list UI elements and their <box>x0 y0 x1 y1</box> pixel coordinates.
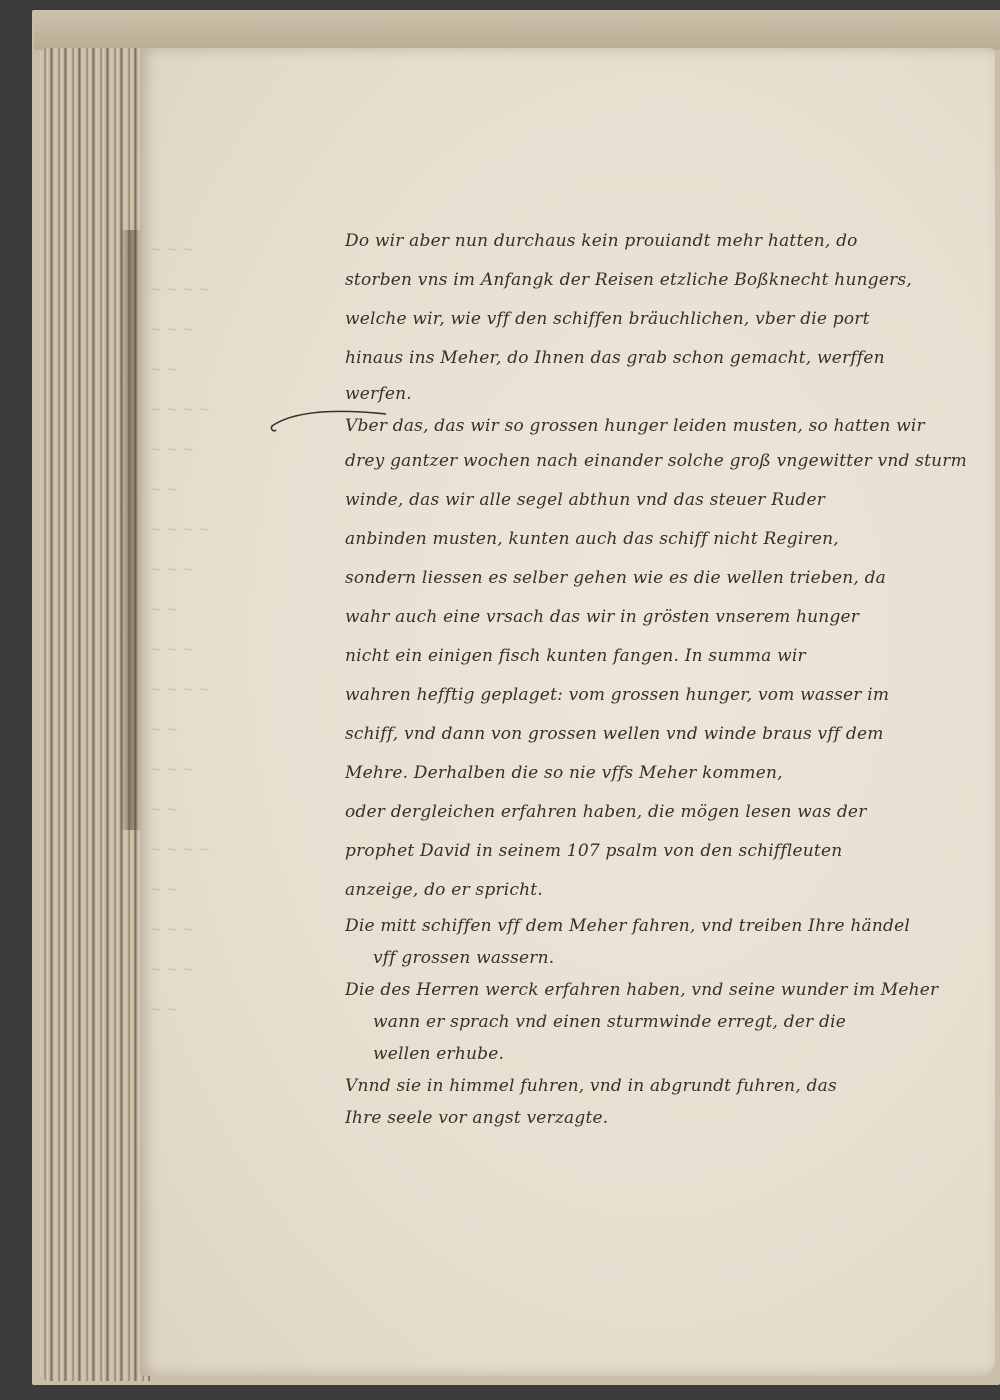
bleed-line: ~ ~ ~ <box>150 550 330 590</box>
bleed-line: ~ ~ <box>150 350 330 390</box>
text-line: prophet David in seinem 107 psalm von de… <box>345 832 995 871</box>
binding-shadow <box>120 230 142 830</box>
text-line: wellen erhube. <box>345 1038 995 1070</box>
text-line: wahr auch eine vrsach das wir in grösten… <box>345 598 995 637</box>
bleed-line: ~ ~ ~ <box>150 910 330 950</box>
text-line: Die mitt schiffen vff dem Meher fahren, … <box>345 910 995 942</box>
text-line: drey gantzer wochen nach einander solche… <box>345 442 995 481</box>
text-line: oder dergleichen erfahren haben, die mög… <box>345 793 995 832</box>
manuscript-text: Do wir aber nun durchaus kein prouiandt … <box>345 222 995 1134</box>
text-line: welche wir, wie vff den schiffen bräuchl… <box>345 300 995 339</box>
text-line: wann er sprach vnd einen sturmwinde erre… <box>345 1006 995 1038</box>
bleed-line: ~ ~ <box>150 710 330 750</box>
bleed-line: ~ ~ ~ ~ <box>150 270 330 310</box>
cover-flap <box>34 10 1000 50</box>
text-line: hinaus ins Meher, do Ihnen das grab scho… <box>345 339 995 378</box>
bleed-line: ~ ~ <box>150 990 330 1030</box>
bleed-line: ~ ~ <box>150 470 330 510</box>
bleed-line: ~ ~ <box>150 870 330 910</box>
text-line: schiff, vnd dann von grossen wellen vnd … <box>345 715 995 754</box>
text-line: anzeige, do er spricht. <box>345 871 995 910</box>
text-line: Vnnd sie in himmel fuhren, vnd in abgrun… <box>345 1070 995 1102</box>
bleed-line: ~ ~ ~ <box>150 750 330 790</box>
text-line: Do wir aber nun durchaus kein prouiandt … <box>345 222 995 261</box>
text-line: sondern liessen es selber gehen wie es d… <box>345 559 995 598</box>
text-line: Vber das, das wir so grossen hunger leid… <box>345 410 995 442</box>
bleed-line: ~ ~ ~ <box>150 950 330 990</box>
text-line: werfen. <box>345 378 995 410</box>
text-line: Ihre seele vor angst verzagte. <box>345 1102 995 1134</box>
bleed-line: ~ ~ <box>150 790 330 830</box>
text-line: Mehre. Derhalben die so nie vffs Meher k… <box>345 754 995 793</box>
bleed-line: ~ ~ ~ <box>150 310 330 350</box>
bleed-line: ~ ~ ~ <box>150 630 330 670</box>
bleed-line: ~ ~ ~ ~ <box>150 670 330 710</box>
text-line: vff grossen wassern. <box>345 942 995 974</box>
bleed-through-text: ~ ~ ~~ ~ ~ ~~ ~ ~~ ~~ ~ ~ ~~ ~ ~~ ~~ ~ ~… <box>150 230 330 1050</box>
text-line: winde, das wir alle segel abthun vnd das… <box>345 481 995 520</box>
bleed-line: ~ ~ ~ ~ <box>150 510 330 550</box>
bleed-line: ~ ~ <box>150 590 330 630</box>
bleed-line: ~ ~ ~ ~ <box>150 830 330 870</box>
text-line: storben vns im Anfangk der Reisen etzlic… <box>345 261 995 300</box>
text-line: wahren hefftig geplaget: vom grossen hun… <box>345 676 995 715</box>
bleed-line: ~ ~ ~ <box>150 230 330 270</box>
text-line: nicht ein einigen fisch kunten fangen. I… <box>345 637 995 676</box>
text-line: Die des Herren werck erfahren haben, vnd… <box>345 974 995 1006</box>
text-line: anbinden musten, kunten auch das schiff … <box>345 520 995 559</box>
